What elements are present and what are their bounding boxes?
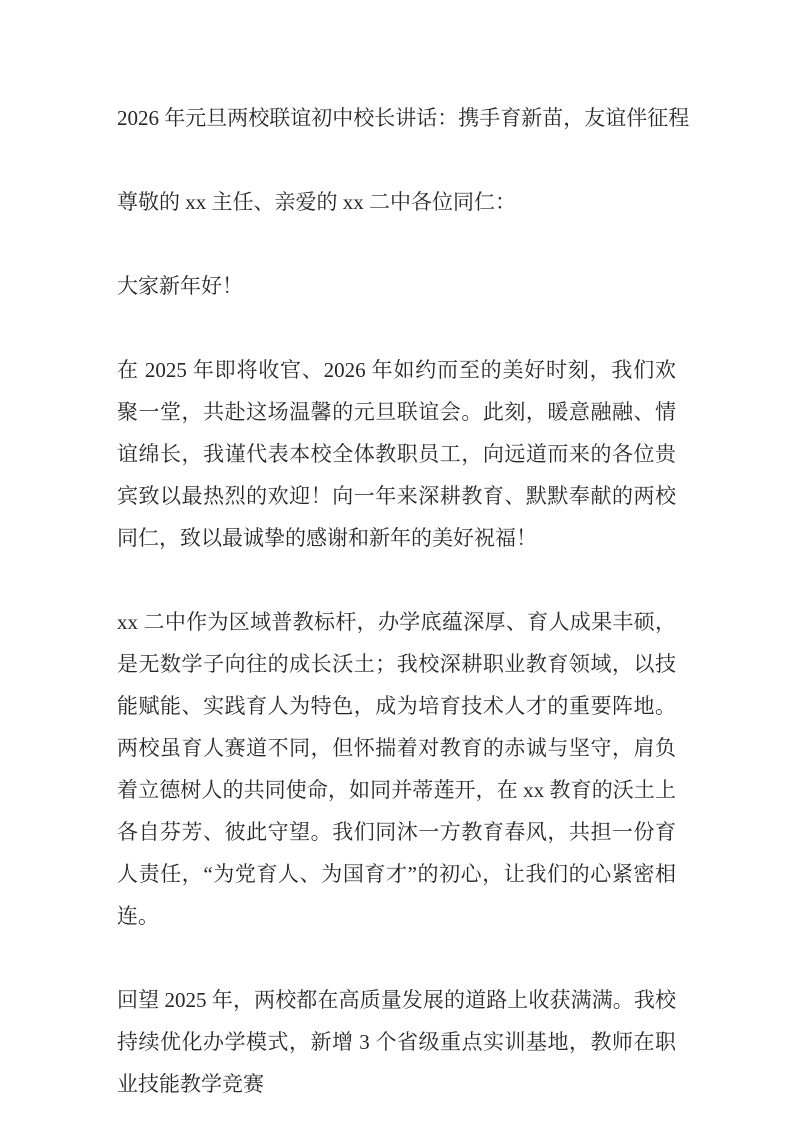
paragraph-two-schools-mission: xx 二中作为区域普教标杆，办学底蕴深厚、育人成果丰硕，是无数学子向往的成长沃土… [117,601,676,937]
paragraph-greeting: 大家新年好！ [117,265,676,307]
paragraph-2025-review: 回望 2025 年，两校都在高质量发展的道路上收获满满。我校持续优化办学模式，新… [117,979,676,1105]
paragraph-opening-welcome: 在 2025 年即将收官、2026 年如约而至的美好时刻，我们欢聚一堂，共赴这场… [117,349,676,559]
document-title: 2026 年元旦两校联谊初中校长讲话：携手育新苗，友谊伴征程 [117,97,676,139]
document-page: 2026 年元旦两校联谊初中校长讲话：携手育新苗，友谊伴征程 尊敬的 xx 主任… [0,0,793,1122]
paragraph-salutation: 尊敬的 xx 主任、亲爱的 xx 二中各位同仁： [117,181,676,223]
